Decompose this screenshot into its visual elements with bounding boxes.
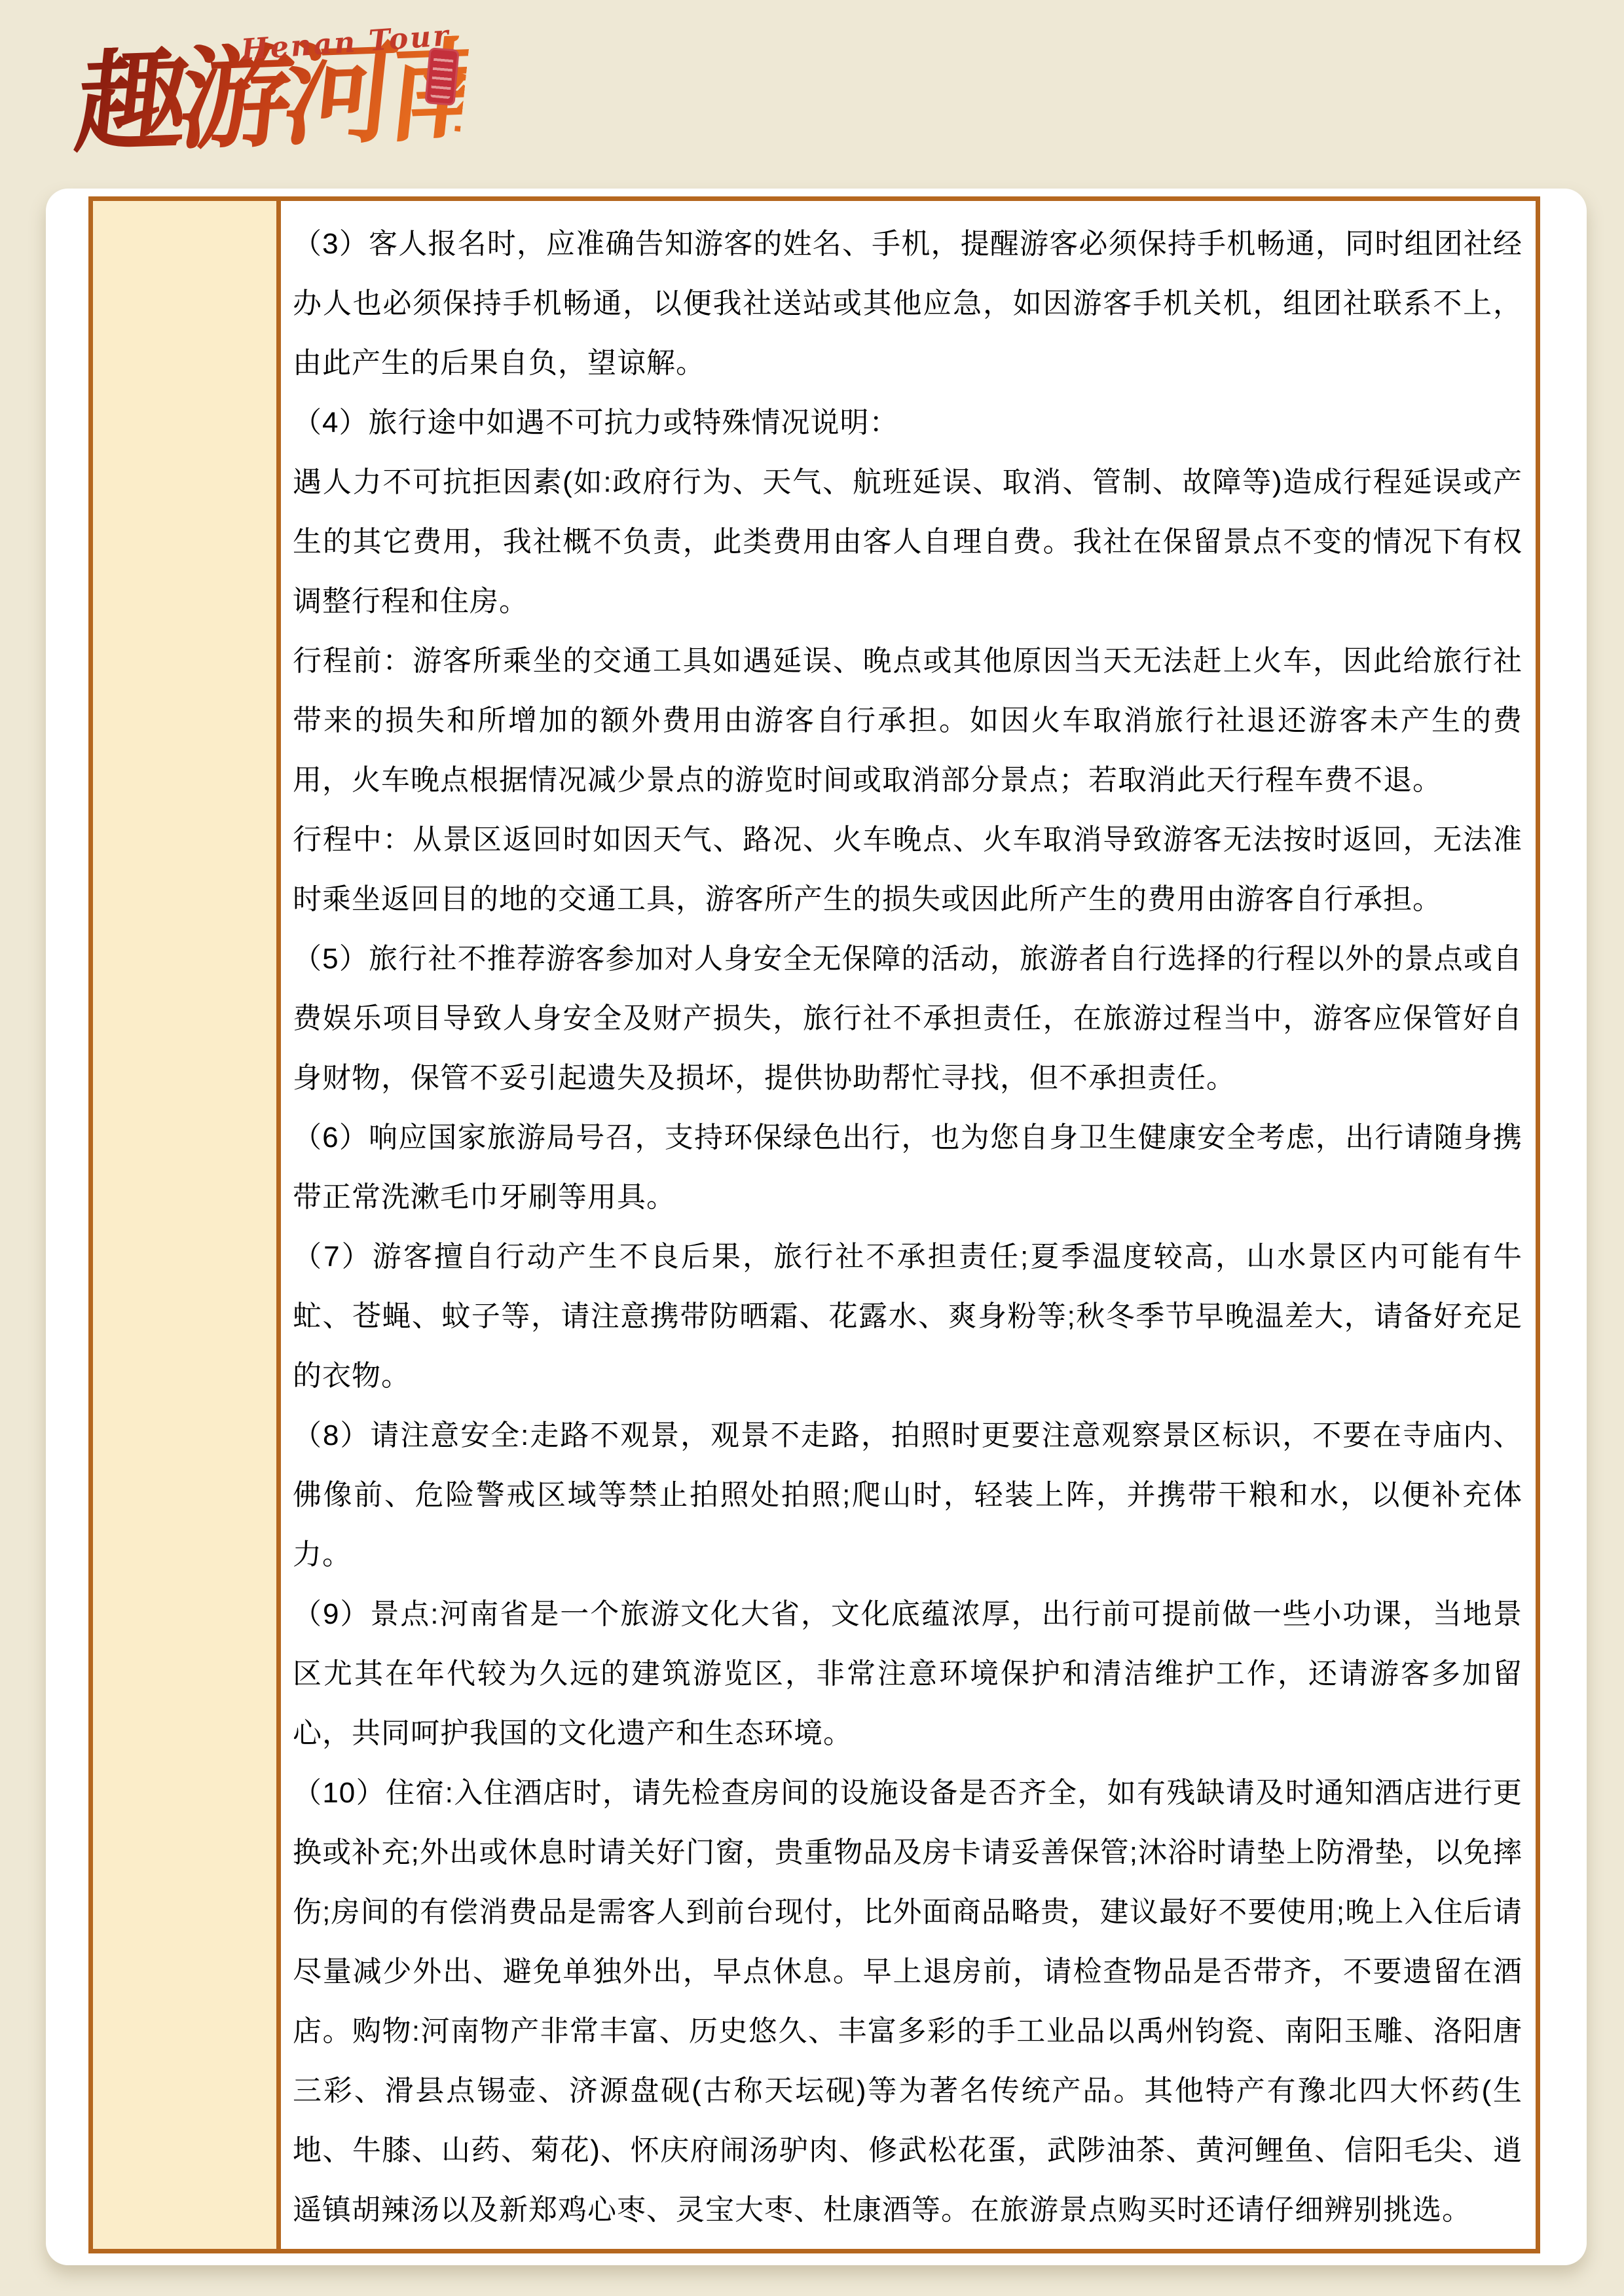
notice-paragraph: （9）景点:河南省是一个旅游文化大省，文化底蕴浓厚，出行前可提前做一些小功课，当… xyxy=(293,1584,1522,1763)
notice-paragraph: （5）旅行社不推荐游客参加对人身安全无保障的活动，旅游者自行选择的行程以外的景点… xyxy=(293,929,1522,1108)
notice-paragraph: （3）客人报名时，应准确告知游客的姓名、手机，提醒游客必须保持手机畅通，同时组团… xyxy=(293,214,1522,393)
notice-table: （3）客人报名时，应准确告知游客的姓名、手机，提醒游客必须保持手机畅通，同时组团… xyxy=(88,196,1540,2253)
notice-paragraph: 行程前：游客所乘坐的交通工具如遇延误、晚点或其他原因当天无法赶上火车，因此给旅行… xyxy=(293,631,1522,810)
document-page-card: （3）客人报名时，应准确告知游客的姓名、手机，提醒游客必须保持手机畅通，同时组团… xyxy=(46,189,1587,2265)
notice-paragraph: 遇人力不可抗拒因素(如:政府行为、天气、航班延误、取消、管制、故障等)造成行程延… xyxy=(293,452,1522,631)
henan-tour-logo: 趣游河南 Henan Tour xyxy=(77,14,496,185)
notice-paragraph: 行程中：从景区返回时如因天气、路况、火车晚点、火车取消导致游客无法按时返回，无法… xyxy=(293,810,1522,929)
notice-paragraph: （6）响应国家旅游局号召，支持环保绿色出行，也为您自身卫生健康安全考虑，出行请随… xyxy=(293,1108,1522,1227)
seal-stamp-icon xyxy=(424,47,459,106)
table-notice-cell: （3）客人报名时，应准确告知游客的姓名、手机，提醒游客必须保持手机畅通，同时组团… xyxy=(281,201,1536,2249)
table-left-column xyxy=(93,201,281,2249)
notice-paragraph: （10）住宿:入住酒店时，请先检查房间的设施设备是否齐全，如有残缺请及时通知酒店… xyxy=(293,1763,1522,2240)
notice-paragraph: （7）游客擅自行动产生不良后果，旅行社不承担责任;夏季温度较高，山水景区内可能有… xyxy=(293,1227,1522,1406)
notice-paragraph: （4）旅行途中如遇不可抗力或特殊情况说明： xyxy=(293,393,1522,452)
notice-paragraph: （8）请注意安全:走路不观景，观景不走路，拍照时更要注意观察景区标识，不要在寺庙… xyxy=(293,1406,1522,1584)
page-background: { "page": { "background_color": "#eee8d5… xyxy=(0,0,1624,2296)
